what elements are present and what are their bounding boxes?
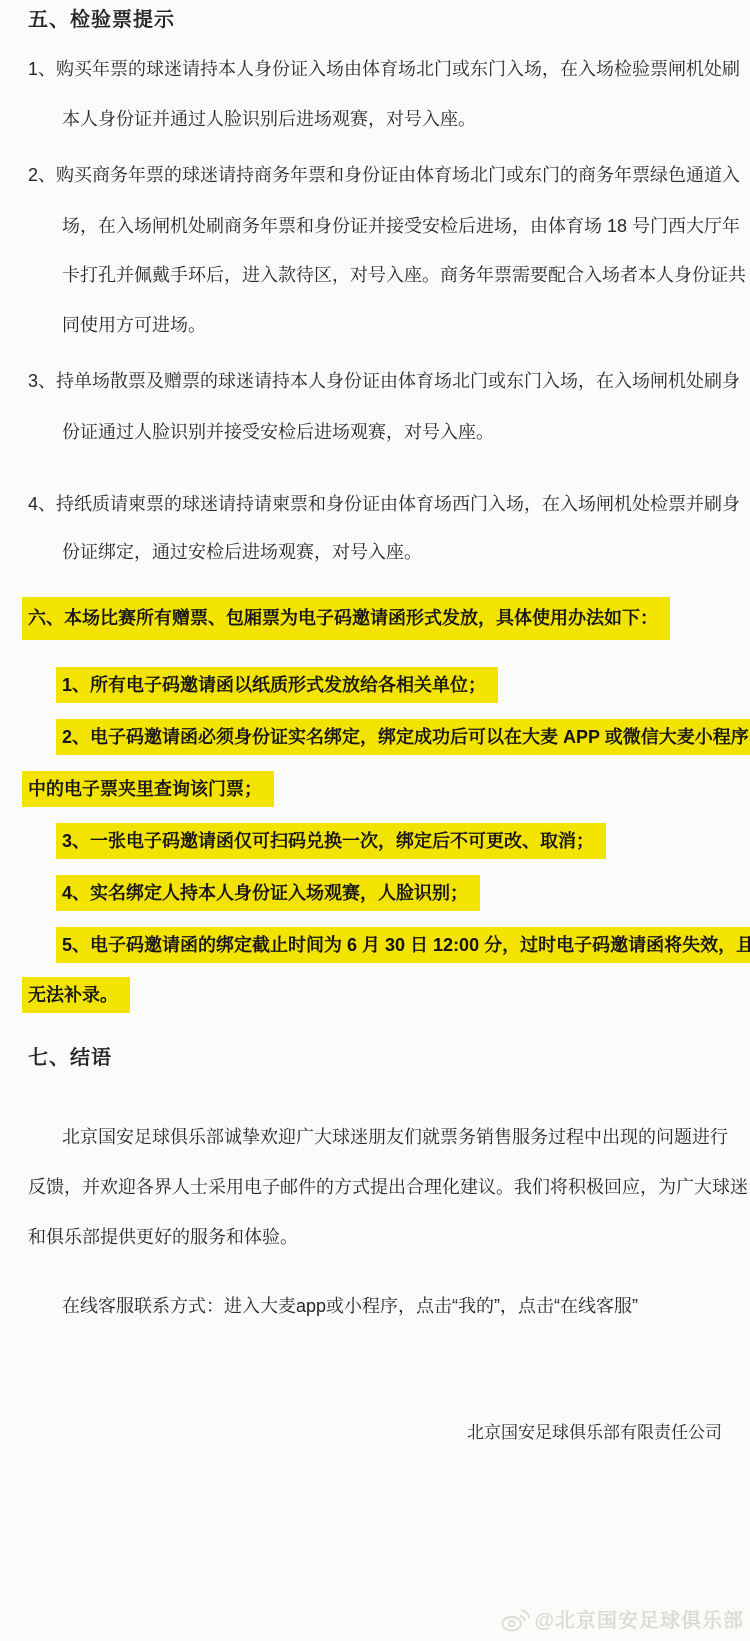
notice-document: 五、检验票提示 1、购买年票的球迷请持本人身份证入场由体育场北门或东门入场，在入… [0, 0, 750, 1641]
s6-item5-line2-text: 无法补录。 [22, 977, 130, 1013]
closing-paragraph-line1: 北京国安足球俱乐部诚挚欢迎广大球迷朋友们就票务销售服务过程中出现的问题进行 [0, 1126, 750, 1148]
watermark-handle: @北京国安足球俱乐部 [534, 1604, 744, 1633]
section6-heading-text: 六、本场比赛所有赠票、包厢票为电子码邀请函形式发放，具体使用办法如下： [22, 597, 670, 640]
s6-item5-line1: 5、电子码邀请函的绑定截止时间为 6 月 30 日 12:00 分，过时电子码邀… [0, 927, 750, 963]
contact-line: 在线客服联系方式：进入大麦app或小程序，点击“我的”，点击“在线客服” [0, 1295, 750, 1317]
item1-line2: 本人身份证并通过人脸识别后进场观赛，对号入座。 [0, 108, 750, 130]
item3-line1: 3、持单场散票及赠票的球迷请持本人身份证由体育场北门或东门入场，在入场闸机处刷身 [0, 370, 750, 392]
section5-heading: 五、检验票提示 [0, 8, 750, 32]
section6-heading: 六、本场比赛所有赠票、包厢票为电子码邀请函形式发放，具体使用办法如下： [0, 597, 750, 640]
s6-item4-text: 4、实名绑定人持本人身份证入场观赛，人脸识别； [56, 875, 480, 911]
weibo-icon [500, 1606, 530, 1632]
s6-item2-line1: 2、电子码邀请函必须身份证实名绑定，绑定成功后可以在大麦 APP 或微信大麦小程… [0, 719, 750, 755]
item4-line1: 4、持纸质请柬票的球迷请持请柬票和身份证由体育场西门入场，在入场闸机处检票并刷身 [0, 493, 750, 515]
s6-item5-line1-text: 5、电子码邀请函的绑定截止时间为 6 月 30 日 12:00 分，过时电子码邀… [56, 927, 750, 963]
company-signature: 北京国安足球俱乐部有限责任公司 [0, 1422, 750, 1444]
s6-item4: 4、实名绑定人持本人身份证入场观赛，人脸识别； [0, 875, 750, 911]
s6-item5-line2: 无法补录。 [0, 977, 750, 1013]
weibo-watermark: @北京国安足球俱乐部 [500, 1604, 744, 1633]
item2-line4: 同使用方可进场。 [0, 314, 750, 336]
item2-line3: 卡打孔并佩戴手环后，进入款待区，对号入座。商务年票需要配合入场者本人身份证共 [0, 264, 750, 286]
closing-paragraph-line2: 反馈，并欢迎各界人士采用电子邮件的方式提出合理化建议。我们将积极回应，为广大球迷 [0, 1176, 750, 1198]
item4-line2: 份证绑定，通过安检后进场观赛，对号入座。 [0, 541, 750, 563]
s6-item2-line2-text: 中的电子票夹里查询该门票； [22, 771, 274, 807]
item2-line2: 场，在入场闸机处刷商务年票和身份证并接受安检后进场，由体育场 18 号门西大厅年 [0, 215, 750, 237]
s6-item3: 3、一张电子码邀请函仅可扫码兑换一次，绑定后不可更改、取消； [0, 823, 750, 859]
s6-item1: 1、所有电子码邀请函以纸质形式发放给各相关单位； [0, 667, 750, 703]
section7-heading: 七、结语 [0, 1046, 750, 1070]
s6-item1-text: 1、所有电子码邀请函以纸质形式发放给各相关单位； [56, 667, 498, 703]
s6-item3-text: 3、一张电子码邀请函仅可扫码兑换一次，绑定后不可更改、取消； [56, 823, 606, 859]
closing-paragraph-line3: 和俱乐部提供更好的服务和体验。 [0, 1226, 750, 1248]
item3-line2: 份证通过人脸识别并接受安检后进场观赛，对号入座。 [0, 421, 750, 443]
s6-item2-line1-text: 2、电子码邀请函必须身份证实名绑定，绑定成功后可以在大麦 APP 或微信大麦小程… [56, 719, 750, 755]
item2-line1: 2、购买商务年票的球迷请持商务年票和身份证由体育场北门或东门的商务年票绿色通道入 [0, 164, 750, 186]
s6-item2-line2: 中的电子票夹里查询该门票； [0, 771, 750, 807]
item1-line1: 1、购买年票的球迷请持本人身份证入场由体育场北门或东门入场，在入场检验票闸机处刷 [0, 58, 750, 80]
